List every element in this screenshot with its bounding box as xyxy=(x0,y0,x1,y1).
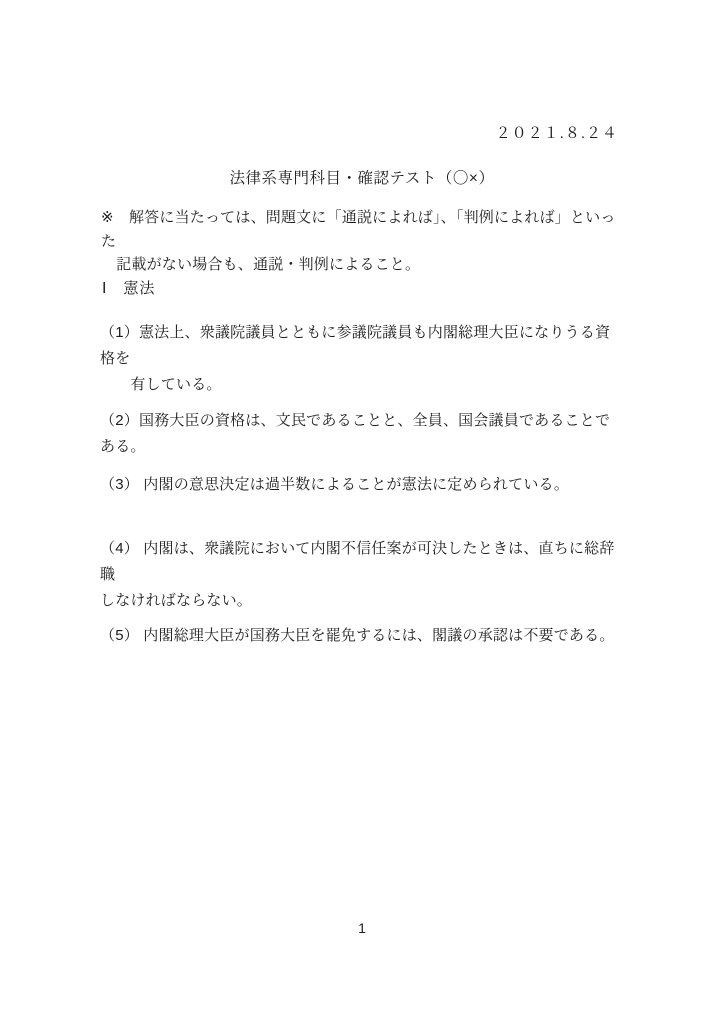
question-3: （3） 内閣の意思決定は過半数によることが憲法に定められている。 xyxy=(100,472,625,498)
document-page: ２０２１.８.２４ 法律系専門科目・確認テスト（〇×） ※ 解答に当たっては、問… xyxy=(0,0,724,1024)
document-date: ２０２１.８.２４ xyxy=(496,122,618,143)
question-5: （5） 内閣総理大臣が国務大臣を罷免するには、閣議の承認は不要である。 xyxy=(100,623,625,649)
document-title: 法律系専門科目・確認テスト（〇×） xyxy=(0,166,724,188)
section-heading-constitution: Ⅰ 憲法 xyxy=(102,277,155,298)
question-2: （2）国務大臣の資格は、文民であることと、全員、国会議員であることである。 xyxy=(100,408,625,460)
question-1: （1）憲法上、衆議院議員とともに参議院議員も内閣総理大臣になりうる資格を 有して… xyxy=(100,320,625,398)
question-4: （4） 内閣は、衆議院において内閣不信任案が可決したときは、直ちに総辞職 しなけ… xyxy=(100,536,625,614)
answer-instruction-note: ※ 解答に当たっては、問題文に「通説によれば」、「判例によれば」といった 記載が… xyxy=(101,206,626,277)
page-number: 1 xyxy=(0,920,724,936)
